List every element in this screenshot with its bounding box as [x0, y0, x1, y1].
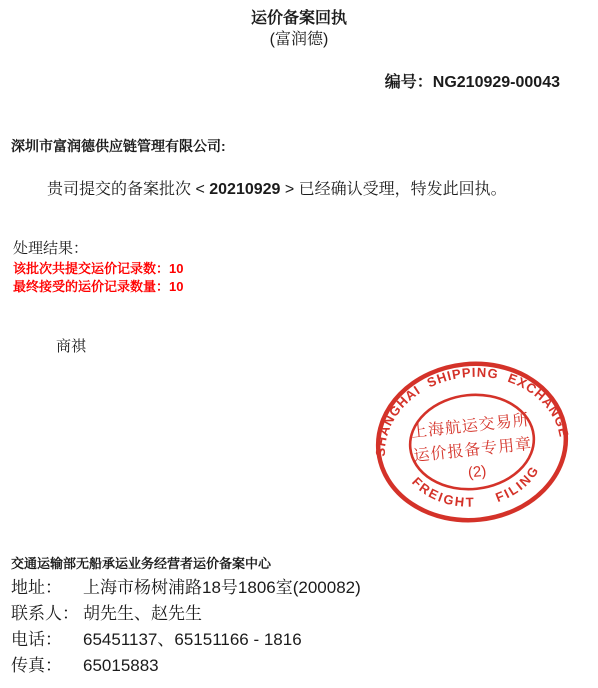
stamp-center-line1: 上海航运交易所 — [410, 411, 530, 441]
confirmation-prefix: 贵司提交的备案批次 < — [47, 181, 209, 198]
footer-row-contact-person: 联系人：胡先生、赵先生 — [11, 602, 588, 628]
stamp-seal-graphic: SHANGHAI SHIPPING EXCHANGE FREIGHT FILIN… — [372, 358, 572, 526]
official-stamp: SHANGHAI SHIPPING EXCHANGE FREIGHT FILIN… — [372, 358, 572, 526]
doc-number-value: NG210929-00043 — [433, 74, 560, 91]
footer-row-phone: 电话：65451137、65151166 - 1816 — [11, 628, 588, 654]
doc-number-line: 编号：NG210929-00043 — [385, 73, 560, 93]
footer-contact-block: 地址：上海市杨树浦路18号1806室(200082) 联系人：胡先生、赵先生 电… — [11, 576, 588, 680]
confirmation-suffix: > 已经确认受理，特发此回执。 — [280, 181, 506, 198]
address-value: 上海市杨树浦路18号1806室(200082) — [83, 578, 361, 597]
closing-salutation: 商祺 — [56, 337, 86, 356]
fax-value: 65015883 — [83, 656, 159, 675]
page-title: 运价备案回执 — [0, 8, 598, 30]
recipient-company: 深圳市富润德供应链管理有限公司: — [11, 137, 226, 155]
footer-row-fax: 传真：65015883 — [11, 654, 588, 680]
footer-row-address: 地址：上海市杨树浦路18号1806室(200082) — [11, 576, 588, 602]
address-label: 地址： — [11, 576, 83, 600]
result-heading: 处理结果： — [13, 239, 88, 258]
freight-filing-receipt-document: 运价备案回执 (富润德) 编号：NG210929-00043 深圳市富润德供应链… — [0, 0, 598, 688]
confirmation-sentence: 贵司提交的备案批次 < 20210929 > 已经确认受理，特发此回执。 — [47, 179, 507, 201]
stamp-center-line3: (2) — [467, 463, 487, 482]
fax-label: 传真： — [11, 654, 83, 678]
doc-number-label: 编号： — [385, 74, 433, 91]
phone-label: 电话： — [11, 628, 83, 652]
footer-organization-name: 交通运输部无船承运业务经营者运价备案中心 — [11, 555, 271, 572]
page-subtitle: (富润德) — [0, 30, 598, 50]
contact-person-label: 联系人： — [11, 602, 83, 626]
phone-value: 65451137、65151166 - 1816 — [83, 630, 302, 649]
submitted-records-line: 该批次共提交运价记录数：10 — [13, 260, 183, 277]
batch-number: 20210929 — [209, 181, 280, 198]
contact-person-value: 胡先生、赵先生 — [83, 604, 202, 623]
accepted-records-line: 最终接受的运价记录数量：10 — [13, 278, 183, 295]
